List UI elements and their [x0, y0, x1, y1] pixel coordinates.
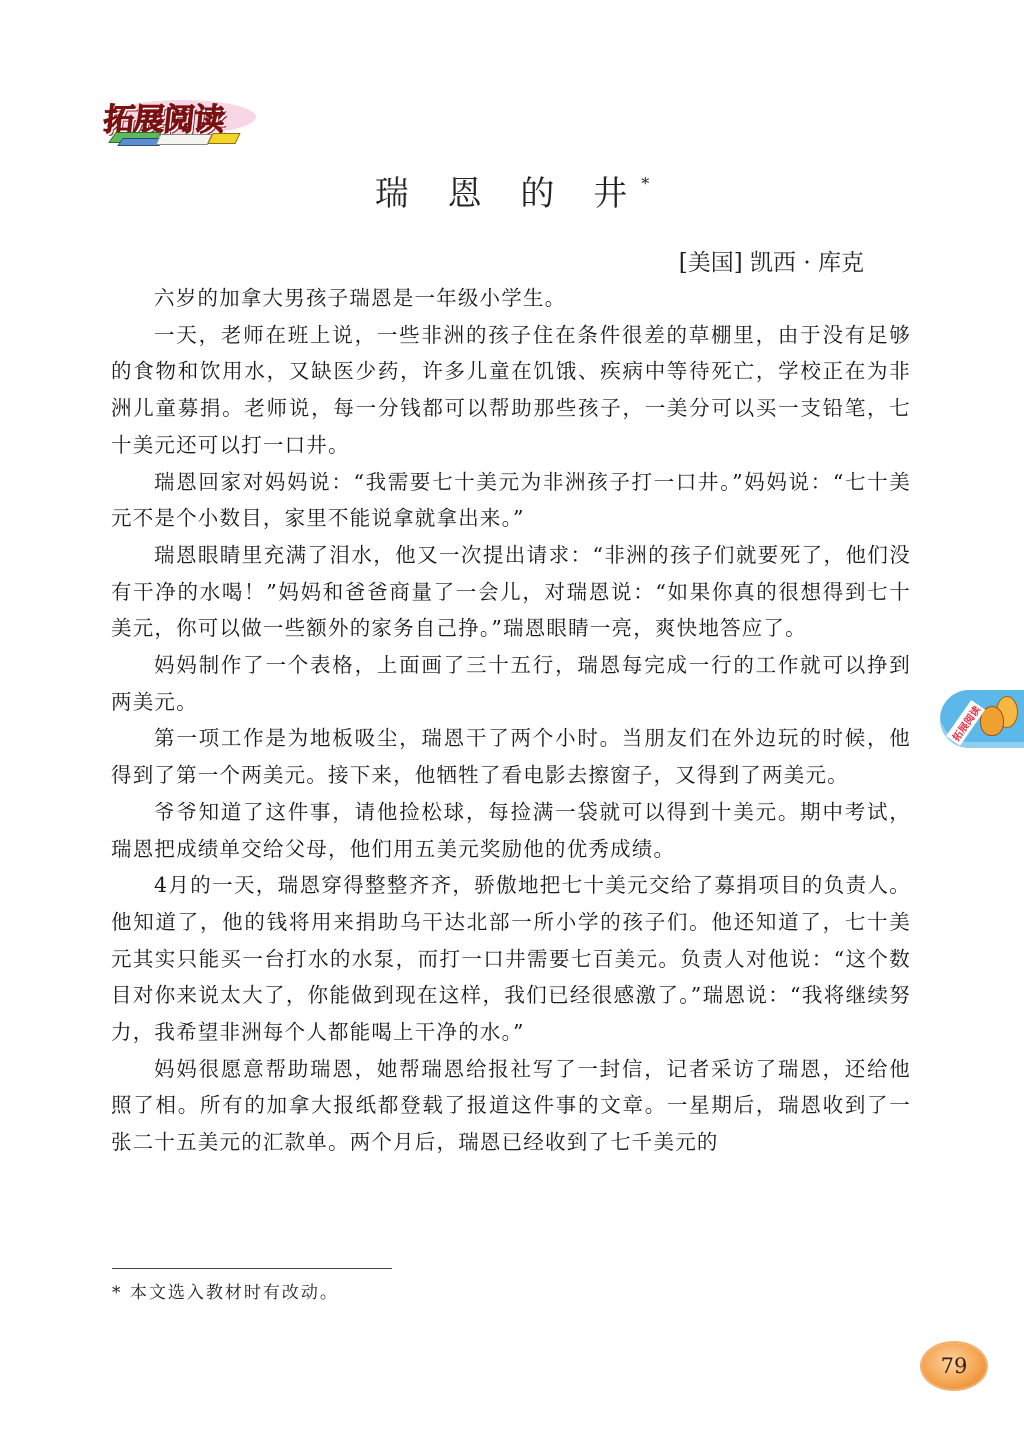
paragraph: 第一项工作是为地板吸尘，瑞恩干了两个小时。当朋友们在外边玩的时候，他得到了第一个… [111, 720, 911, 793]
article-title: 瑞 恩 的 井* [0, 166, 1024, 215]
paragraph: 爷爷知道了这件事，请他捡松球，每捡满一袋就可以得到十美元。期中考试，瑞恩把成绩单… [111, 794, 911, 867]
paragraph: 瑞恩眼睛里充满了泪水，他又一次提出请求：“非洲的孩子们就要死了，他们没有干净的水… [111, 537, 911, 647]
page-number-badge: 79 [922, 1343, 986, 1389]
paragraph: 瑞恩回家对妈妈说：“我需要七十美元为非洲孩子打一口井。”妈妈说：“七十美元不是个… [111, 464, 911, 537]
paragraph: 妈妈很愿意帮助瑞恩，她帮瑞恩给报社写了一封信，记者采访了瑞恩，还给他照了相。所有… [111, 1051, 911, 1161]
paragraph: 妈妈制作了一个表格，上面画了三十五行，瑞恩每完成一行的工作就可以挣到两美元。 [111, 647, 911, 720]
page-number: 79 [941, 1354, 968, 1378]
article-title-text: 瑞 恩 的 井 [375, 174, 641, 214]
section-badge-extended-reading: 拓展阅读 [100, 90, 260, 150]
paragraph: 一天，老师在班上说，一些非洲的孩子住在条件很差的草棚里，由于没有足够的食物和饮用… [111, 317, 911, 464]
title-footnote-mark: * [641, 174, 649, 193]
paragraph: 4月的一天，瑞恩穿得整整齐齐，骄傲地把七十美元交给了募捐项目的负责人。他知道了，… [111, 867, 911, 1051]
side-tab-extended-reading[interactable]: 拓展阅读 [940, 690, 1024, 748]
footnote: * 本文选入教材时有改动。 [112, 1278, 339, 1303]
books-icon [110, 132, 260, 146]
article-body: 六岁的加拿大男孩子瑞恩是一年级小学生。 一天，老师在班上说，一些非洲的孩子住在条… [111, 280, 911, 1161]
paragraph: 六岁的加拿大男孩子瑞恩是一年级小学生。 [111, 280, 911, 317]
footnote-divider [112, 1268, 392, 1269]
article-author: [美国] 凯西 · 库克 [679, 244, 864, 277]
